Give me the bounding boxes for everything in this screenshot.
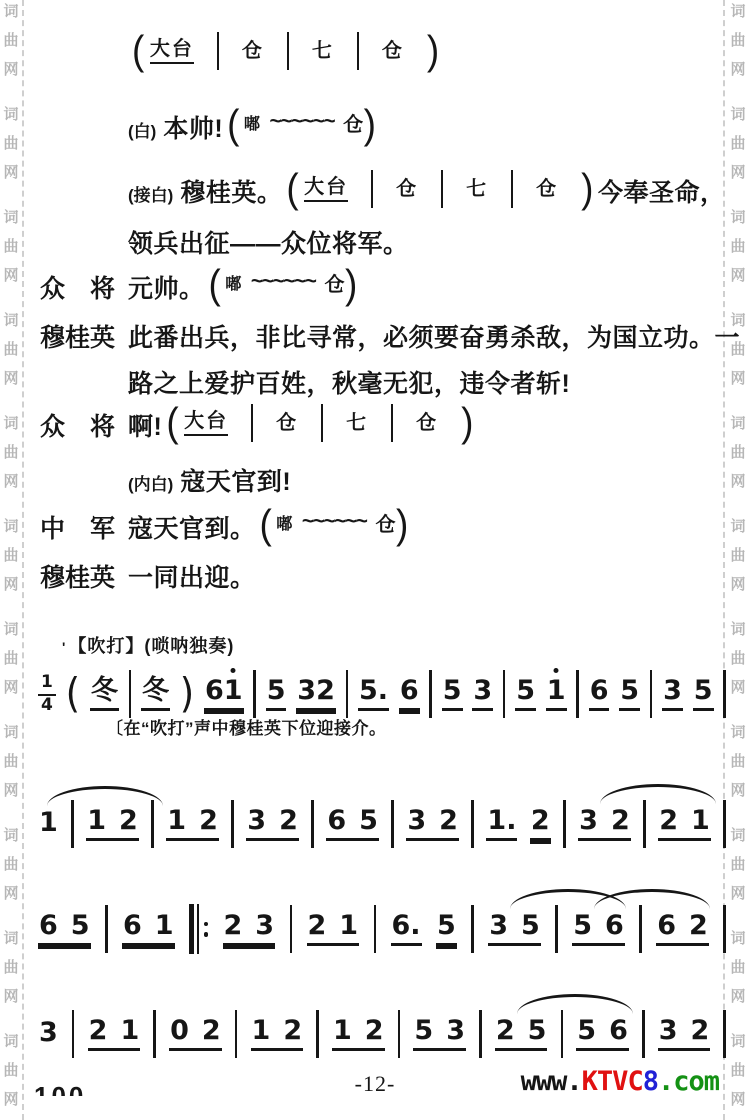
watermark-char: 词: [3, 107, 18, 122]
percussion-barline: [441, 170, 443, 208]
note-group: 23: [223, 912, 276, 946]
speaker-name: 众 将: [40, 407, 128, 443]
barline: [235, 1010, 238, 1058]
barline: [346, 670, 349, 718]
note: 1: [39, 809, 58, 836]
time-signature: 14: [38, 673, 56, 715]
barline: [71, 800, 74, 848]
percussion-phrase: ( 大台 仓 七 仓 ): [132, 32, 440, 70]
note: 3: [39, 1019, 58, 1046]
note: 6: [609, 1017, 628, 1044]
percussion-barline: [371, 170, 373, 208]
watermark-char: 曲: [730, 857, 745, 872]
note: 1: [339, 912, 358, 939]
note-group: 56: [572, 912, 625, 946]
note: 2: [199, 807, 218, 834]
note: 3: [446, 1017, 465, 1044]
barline: [105, 905, 108, 953]
open-paren: (: [286, 171, 299, 208]
note: 2: [689, 912, 708, 939]
barline: [503, 670, 506, 718]
drum-syllable: 嘟: [276, 517, 293, 533]
site-watermark-segment: www.: [521, 1066, 582, 1097]
stage-direction: (白): [128, 117, 156, 142]
note: 1: [87, 807, 106, 834]
watermark-group: 词曲网: [730, 725, 745, 798]
note-group: 冬: [90, 677, 119, 711]
dialogue-text: 本帅!: [163, 109, 223, 145]
close-paren: ): [581, 171, 594, 208]
drum-syllable: 仓: [343, 115, 364, 135]
note-group: 32: [406, 807, 459, 841]
barline: [471, 905, 474, 953]
note-group: 25: [495, 1017, 548, 1051]
note: 2: [496, 1017, 515, 1044]
percussion-token: 仓: [276, 413, 298, 433]
watermark-char: 曲: [730, 651, 745, 666]
note: 1: [333, 1017, 352, 1044]
barline: [151, 800, 154, 848]
watermark-char: 词: [3, 725, 18, 740]
note-group: 35: [488, 912, 541, 946]
dialogue-text: 寇天官到!: [180, 462, 291, 498]
note: 5: [577, 1017, 596, 1044]
percussion-barline: [357, 32, 359, 70]
note: 1: [167, 807, 186, 834]
speaker-name: 众 将: [40, 269, 128, 305]
watermark-char: 词: [3, 313, 18, 328]
note-group: 12: [166, 807, 219, 841]
close-paren: ): [345, 266, 358, 303]
barline: [471, 800, 474, 848]
barline: [129, 670, 132, 718]
dialogue-text: 一同出迎。: [128, 558, 256, 594]
percussion-token: 七: [466, 179, 488, 199]
note-group: 3: [472, 677, 493, 711]
barline: [576, 670, 579, 718]
note-group: 32: [296, 677, 336, 711]
chuida-section-label: '【吹打】(唢呐独奏): [62, 632, 234, 658]
watermark-char: 曲: [3, 651, 18, 666]
barline: [723, 800, 726, 848]
repeat-sign: [189, 904, 208, 954]
watermark-char: 网: [730, 989, 745, 1004]
note: 5: [521, 912, 540, 939]
note: 6: [327, 807, 346, 834]
note: 2: [316, 677, 335, 704]
watermark-char: 词: [3, 4, 18, 19]
note: .: [378, 677, 388, 704]
close-paren: ): [180, 676, 194, 713]
note: 5: [694, 677, 713, 704]
note: 6: [657, 912, 676, 939]
dialogue-text: 此番出兵，非比寻常，必须要奋勇杀敌，为国立功。一: [128, 318, 740, 354]
watermark-group: 词曲网: [730, 931, 745, 1004]
note-group: 6: [399, 677, 420, 711]
drum-syllable: 仓: [375, 515, 396, 535]
note: 2: [224, 912, 243, 939]
watermark-group: 词曲网: [730, 828, 745, 901]
time-signature-numerator: 1: [38, 673, 56, 696]
note: 1: [155, 912, 174, 939]
note-group: 12: [332, 1017, 385, 1051]
watermark-char: 曲: [3, 342, 18, 357]
watermark-char: 网: [730, 886, 745, 901]
barline: [374, 905, 377, 953]
note-group: 02: [169, 1017, 222, 1051]
watermark-char: 网: [3, 886, 18, 901]
dialogue-row: (白) 本帅! ( 嘟 ~~~~~~ 仓 ): [40, 108, 742, 145]
note-group: 3: [662, 677, 683, 711]
note: 3: [407, 807, 426, 834]
note-group: 5.: [358, 677, 389, 711]
open-paren: (: [227, 106, 240, 143]
note: 冬: [142, 677, 169, 704]
note: 5: [267, 677, 286, 704]
dialogue-text: 穆桂英。: [180, 173, 282, 209]
percussion-token: 七: [312, 41, 334, 61]
note: 5: [528, 1017, 547, 1044]
note-group: 5: [619, 677, 640, 711]
note: 1: [252, 1017, 271, 1044]
note: 6: [400, 677, 419, 704]
watermark-char: 曲: [3, 548, 18, 563]
music-line: 32102121253255632: [38, 1002, 726, 1066]
note: 2: [119, 807, 138, 834]
note-group: 5: [436, 912, 457, 946]
watermark-char: 词: [3, 519, 18, 534]
note: 2: [531, 807, 550, 834]
dialogue-text: 领兵出征——众位将军。: [128, 224, 409, 260]
percussion-barline: [391, 404, 393, 442]
watermark-char: 网: [3, 577, 18, 592]
drum-syllable: 嘟: [225, 277, 242, 293]
percussion-barline: [251, 404, 253, 442]
note: 6: [605, 912, 624, 939]
barline: [555, 905, 558, 953]
drum-phrase: ( 嘟 ~~~~~~ 仓 ): [209, 268, 358, 301]
note: 3: [473, 677, 492, 704]
barline: [231, 800, 234, 848]
note: 1: [224, 677, 243, 704]
percussion-token: 大台: [184, 411, 228, 436]
note-group: 12: [86, 807, 139, 841]
note-group: 32: [578, 807, 631, 841]
note: 1: [691, 807, 710, 834]
open-paren: (: [132, 33, 145, 70]
note: 3: [659, 1017, 678, 1044]
note-group: 5: [515, 677, 536, 711]
watermark-group: 词曲网: [3, 107, 18, 180]
note: 1: [487, 807, 506, 834]
note: 2: [691, 1017, 710, 1044]
watermark-char: 曲: [3, 239, 18, 254]
note-group: 62: [656, 912, 709, 946]
time-signature-denominator: 4: [41, 696, 53, 716]
stage-direction: (内白): [128, 470, 173, 495]
dialogue-row: 众 将 啊! ( 大台 仓 七 仓 ): [40, 404, 742, 443]
watermark-char: 曲: [3, 754, 18, 769]
barline: [290, 905, 293, 953]
watermark-char: 词: [3, 210, 18, 225]
note: 3: [663, 677, 682, 704]
watermark-group: 词曲网: [3, 416, 18, 489]
watermark-char: 词: [730, 828, 745, 843]
note-group: 5: [442, 677, 463, 711]
note: 6: [123, 912, 142, 939]
watermark-char: 网: [3, 680, 18, 695]
watermark-char: 网: [730, 680, 745, 695]
note: 5: [443, 677, 462, 704]
note: 2: [283, 1017, 302, 1044]
note-group: 5: [693, 677, 714, 711]
watermark-column-left: 词曲网词曲网词曲网词曲网词曲网词曲网词曲网词曲网词曲网词曲网词曲网: [1, 4, 21, 1120]
watermark-char: 词: [730, 931, 745, 946]
barline: [643, 800, 646, 848]
percussion-token: 大台: [150, 39, 194, 64]
watermark-char: 词: [730, 210, 745, 225]
watermark-group: 词曲网: [3, 725, 18, 798]
note: 2: [202, 1017, 221, 1044]
site-watermark: www.KTVC8.com: [521, 1066, 719, 1097]
percussion-token: 大台: [304, 177, 348, 202]
note: 5: [359, 807, 378, 834]
watermark-group: 词曲网: [3, 931, 18, 1004]
note-group: 1: [546, 677, 567, 711]
stray-mark: ': [62, 639, 66, 655]
barline: [639, 905, 642, 953]
barline: [253, 670, 256, 718]
watermark-char: 曲: [3, 136, 18, 151]
drum-phrase: ( 嘟 ~~~~~~ 仓 ): [260, 508, 409, 541]
note-group: 21: [307, 912, 360, 946]
watermark-char: 词: [730, 622, 745, 637]
note-group: 32: [246, 807, 299, 841]
barline: [391, 800, 394, 848]
note-group: 21: [658, 807, 711, 841]
note-group: 21: [88, 1017, 141, 1051]
dialogue-row: 穆桂英 此番出兵，非比寻常，必须要奋勇杀敌，为国立功。一: [40, 318, 742, 354]
wavy-line: ~~~~~~: [302, 510, 367, 534]
note: 3: [579, 807, 598, 834]
percussion-token: 七: [346, 413, 368, 433]
percussion-barline: [217, 32, 219, 70]
percussion-barline: [321, 404, 323, 442]
watermark-char: 网: [3, 783, 18, 798]
note: 6: [205, 677, 224, 704]
note: 冬: [91, 677, 118, 704]
note-group: 6: [589, 677, 610, 711]
note-group: 6.: [391, 912, 422, 946]
dialogue-row: ( 大台 仓 七 仓 ): [40, 32, 742, 70]
barline: [479, 1010, 482, 1058]
watermark-char: 网: [3, 474, 18, 489]
note: 1: [120, 1017, 139, 1044]
note-group: 3: [38, 1019, 59, 1050]
note-group: 1: [38, 809, 59, 840]
percussion-token: 仓: [416, 413, 438, 433]
dialogue-text: 寇天官到。: [128, 509, 256, 545]
watermark-char: 网: [3, 268, 18, 283]
note: 5: [71, 912, 90, 939]
close-paren: ): [461, 405, 474, 442]
dialogue-text: 路之上爱护百姓，秋毫无犯，违令者斩!: [128, 364, 570, 400]
watermark-group: 词曲网: [3, 4, 18, 77]
note: 3: [255, 912, 274, 939]
barline: [398, 1010, 401, 1058]
dialogue-row: 领兵出征——众位将军。: [40, 224, 742, 260]
drum-phrase: ( 嘟 ~~~~~~ 仓 ): [227, 108, 376, 141]
watermark-char: 词: [3, 416, 18, 431]
site-watermark-segment: KTVC: [582, 1066, 643, 1097]
watermark-char: 词: [3, 931, 18, 946]
open-paren: (: [260, 506, 273, 543]
open-paren: (: [166, 405, 179, 442]
note: 2: [439, 807, 458, 834]
drum-syllable: 嘟: [244, 117, 261, 133]
stage-direction: (接白): [128, 181, 173, 206]
barline: [650, 670, 653, 718]
note-group: 1.: [486, 807, 517, 841]
barline: [429, 670, 432, 718]
barline: [723, 1010, 726, 1058]
note-group: 冬: [141, 677, 170, 711]
barline: [642, 1010, 645, 1058]
watermark-char: 词: [730, 4, 745, 19]
note: .: [410, 912, 420, 939]
watermark-char: 曲: [3, 33, 18, 48]
note: 5: [414, 1017, 433, 1044]
barline: [561, 1010, 564, 1058]
watermark-char: 词: [3, 828, 18, 843]
note-group: 2: [530, 807, 551, 841]
percussion-token: 仓: [396, 179, 418, 199]
percussion-barline: [511, 170, 513, 208]
watermark-char: 网: [730, 783, 745, 798]
note: 5: [573, 912, 592, 939]
close-paren: ): [396, 506, 409, 543]
note: 2: [279, 807, 298, 834]
note: 6: [39, 912, 58, 939]
dialogue-row: 中 军 寇天官到。 ( 嘟 ~~~~~~ 仓 ): [40, 508, 742, 545]
note: 2: [308, 912, 327, 939]
dialogue-text: 今奉圣命，: [598, 173, 726, 209]
dialogue-row: 穆桂英 一同出迎。: [40, 558, 742, 594]
watermark-group: 词曲网: [3, 622, 18, 695]
watermark-group: 词曲网: [3, 210, 18, 283]
note-group: 56: [576, 1017, 629, 1051]
barline: [311, 800, 314, 848]
note: 2: [611, 807, 630, 834]
barline: [72, 1010, 75, 1058]
watermark-char: 曲: [730, 960, 745, 975]
barline: [563, 800, 566, 848]
watermark-group: 词曲网: [3, 519, 18, 592]
wavy-line: ~~~~~~: [251, 270, 316, 294]
watermark-char: 曲: [3, 445, 18, 460]
note-group: 12: [251, 1017, 304, 1051]
open-paren: (: [66, 676, 80, 713]
dialogue-row: (接白) 穆桂英。 ( 大台 仓 七 仓 ) 今奉圣命，: [40, 170, 742, 209]
watermark-group: 词曲网: [730, 622, 745, 695]
wavy-line: ~~~~~~: [270, 110, 335, 134]
watermark-char: 曲: [3, 857, 18, 872]
open-paren: (: [209, 266, 222, 303]
note: 3: [297, 677, 316, 704]
speaker-name: 穆桂英: [40, 558, 128, 594]
watermark-char: 曲: [730, 445, 745, 460]
close-paren: ): [364, 106, 377, 143]
percussion-token: 仓: [242, 41, 264, 61]
note: 3: [247, 807, 266, 834]
watermark-char: 词: [730, 1034, 745, 1049]
note-group: 53: [413, 1017, 466, 1051]
note: 2: [365, 1017, 384, 1044]
note-group: 61: [122, 912, 175, 946]
note-group: 65: [326, 807, 379, 841]
note-group: 5: [266, 677, 287, 711]
percussion-phrase: ( 大台 仓 七 仓 ): [286, 170, 594, 208]
barline: [316, 1010, 319, 1058]
music-line: 112123265321.23221: [38, 792, 726, 856]
note: 0: [170, 1017, 189, 1044]
music-line: 656123216.5355662: [38, 897, 726, 961]
site-watermark-segment: 8: [643, 1066, 658, 1097]
note: 6: [392, 912, 411, 939]
speaker-name: 中 军: [40, 509, 128, 545]
barline: [723, 670, 726, 718]
speaker-name: 穆桂英: [40, 318, 128, 354]
dialogue-row: 众 将 元帅。 ( 嘟 ~~~~~~ 仓 ): [40, 268, 742, 305]
note: .: [506, 807, 516, 834]
chuida-label-text: 【吹打】(唢呐独奏): [68, 636, 234, 656]
note: 5: [516, 677, 535, 704]
note: 1: [547, 677, 566, 704]
percussion-phrase: ( 大台 仓 七 仓 ): [166, 404, 474, 442]
note: 5: [620, 677, 639, 704]
dashed-divider-left: [22, 0, 24, 1120]
note-group: 61: [204, 677, 244, 711]
site-watermark-segment: .com: [658, 1066, 719, 1097]
percussion-token: 仓: [382, 41, 404, 61]
dialogue-row: (内白) 寇天官到!: [40, 462, 742, 498]
percussion-barline: [287, 32, 289, 70]
watermark-char: 网: [3, 165, 18, 180]
note: 5: [437, 912, 456, 939]
watermark-char: 曲: [3, 960, 18, 975]
close-paren: ): [427, 33, 440, 70]
note-group: 32: [658, 1017, 711, 1051]
dialogue-row: 路之上爱护百姓，秋毫无犯，违令者斩!: [40, 364, 742, 400]
percussion-token: 仓: [536, 179, 558, 199]
note: 2: [89, 1017, 108, 1044]
dialogue-text: 元帅。: [128, 269, 205, 305]
watermark-char: 网: [3, 62, 18, 77]
watermark-char: 词: [730, 725, 745, 740]
watermark-char: 词: [3, 1034, 18, 1049]
watermark-char: 网: [3, 989, 18, 1004]
barline: [723, 905, 726, 953]
watermark-char: 网: [3, 371, 18, 386]
note-group: 65: [38, 912, 91, 946]
stage-caption: 〔在“吹打”声中穆桂英下位迎接介。: [106, 714, 387, 739]
drum-syllable: 仓: [324, 275, 345, 295]
dialogue-text: 啊!: [128, 407, 162, 443]
barline: [153, 1010, 156, 1058]
watermark-group: 词曲网: [3, 828, 18, 901]
watermark-char: 词: [3, 622, 18, 637]
note: 2: [659, 807, 678, 834]
